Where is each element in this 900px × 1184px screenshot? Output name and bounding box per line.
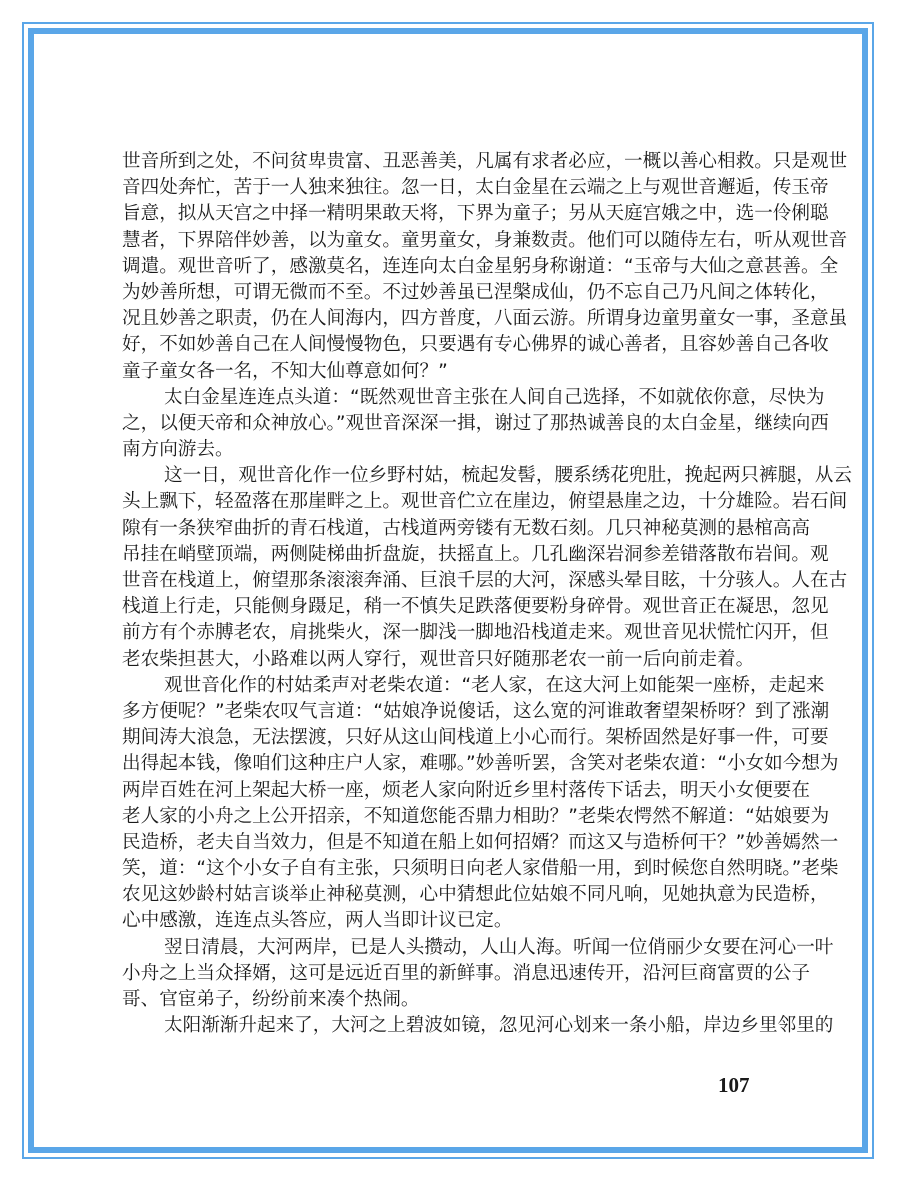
- text-line: 南方向游去。: [122, 437, 764, 463]
- text-line: 好，不如妙善自己在人间慢慢物色，只要遇有专心佛界的诚心善者，且容妙善自己各收: [122, 332, 764, 358]
- text-line: 翌日清晨，大河两岸，已是人头攒动，人山人海。听闻一位俏丽少女要在河心一叶: [122, 935, 764, 961]
- text-line: 哥、官宦弟子，纷纷前来凑个热闹。: [122, 987, 764, 1013]
- text-line: 期间涛大浪急，无法摆渡，只好从这山间栈道上小心而行。架桥固然是好事一件，可要: [122, 725, 764, 751]
- text-line: 出得起本钱，像咱们这种庄户人家，难哪。”妙善听罢，含笑对老柴农道：“小女如今想为: [122, 751, 764, 777]
- text-line: 栈道上行走，只能侧身蹑足，稍一不慎失足跌落便要粉身碎骨。观世音正在凝思，忽见: [122, 594, 764, 620]
- text-line: 多方便呢？”老柴农叹气言道：“姑娘净说傻话，这么宽的河谁敢奢望架桥呀？到了涨潮: [122, 699, 764, 725]
- text-line: 慧者，下界陪伴妙善，以为童女。童男童女，身兼数责。他们可以随侍左右，听从观世音: [122, 228, 764, 254]
- text-line: 吊挂在峭壁顶端，两侧陡梯曲折盘旋，扶摇直上。几孔幽深岩洞参差错落散布岩间。观: [122, 542, 764, 568]
- text-line: 音四处奔忙，苦于一人独来独往。忽一日，太白金星在云端之上与观世音邂逅，传玉帝: [122, 175, 764, 201]
- text-line: 小舟之上当众择婿，这可是远近百里的新鲜事。消息迅速传开，沿河巨商富贾的公子: [122, 961, 764, 987]
- text-line: 世音在栈道上，俯望那条滚滚奔涌、巨浪千层的大河，深感头晕目眩，十分骇人。人在古: [122, 568, 764, 594]
- text-line: 太阳渐渐升起来了，大河之上碧波如镜，忽见河心划来一条小船，岸边乡里邻里的: [122, 1013, 764, 1039]
- body-text: 世音所到之处，不问贫卑贵富、丑恶善美，凡属有求者必应，一概以善心相救。只是观世音…: [122, 149, 764, 1039]
- text-line: 旨意，拟从天宫之中择一精明果敢天将，下界为童子；另从天庭宫娥之中，选一伶俐聪: [122, 201, 764, 227]
- text-line: 老农柴担甚大，小路难以两人穿行，观世音只好随那老农一前一后向前走着。: [122, 647, 764, 673]
- text-line: 世音所到之处，不问贫卑贵富、丑恶善美，凡属有求者必应，一概以善心相救。只是观世: [122, 149, 764, 175]
- text-line: 隙有一条狭窄曲折的青石栈道，古栈道两旁镂有无数石刻。几只神秘莫测的悬棺高高: [122, 516, 764, 542]
- text-line: 民造桥，老夫自当效力，但是不知道在船上如何招婿？而这又与造桥何干？”妙善嫣然一: [122, 830, 764, 856]
- text-line: 两岸百姓在河上架起大桥一座，烦老人家向附近乡里村落传下话去，明天小女便要在: [122, 778, 764, 804]
- text-line: 太白金星连连点头道：“既然观世音主张在人间自己选择，不如就依你意，尽快为: [122, 385, 764, 411]
- text-line: 农见这妙龄村姑言谈举止神秘莫测，心中猜想此位姑娘不同凡响，见她执意为民造桥，: [122, 882, 764, 908]
- text-line: 之，以便天帝和众神放心。”观世音深深一揖，谢过了那热诚善良的太白金星，继续向西: [122, 411, 764, 437]
- text-line: 况且妙善之职责，仍在人间海内，四方普度，八面云游。所谓身边童男童女一事，圣意虽: [122, 306, 764, 332]
- text-line: 观世音化作的村姑柔声对老柴农道：“老人家，在这大河上如能架一座桥，走起来: [122, 673, 764, 699]
- text-line: 为妙善所想，可谓无微而不至。不过妙善虽已涅槃成仙，仍不忘自己乃凡间之体转化，: [122, 280, 764, 306]
- text-line: 笑，道：“这个小女子自有主张，只须明日向老人家借船一用，到时候您自然明晓。”老柴: [122, 856, 764, 882]
- text-line: 老人家的小舟之上公开招亲，不知道您能否鼎力相助？”老柴农愕然不解道：“姑娘要为: [122, 804, 764, 830]
- text-line: 这一日，观世音化作一位乡野村姑，梳起发髻，腰系绣花兜肚，挽起两只裤腿，从云: [122, 463, 764, 489]
- text-line: 心中感激，连连点头答应，两人当即计议已定。: [122, 908, 764, 934]
- text-line: 童子童女各一名，不知大仙尊意如何？”: [122, 359, 764, 385]
- page-number: 107: [718, 1073, 750, 1098]
- text-line: 头上飘下，轻盈落在那崖畔之上。观世音伫立在崖边，俯望悬崖之边，十分雄险。岩石间: [122, 489, 764, 515]
- text-line: 前方有个赤膊老农，肩挑柴火，深一脚浅一脚地沿栈道走来。观世音见状慌忙闪开，但: [122, 620, 764, 646]
- text-line: 调遣。观世音听了，感激莫名，连连向太白金星躬身称谢道：“玉帝与大仙之意甚善。全: [122, 254, 764, 280]
